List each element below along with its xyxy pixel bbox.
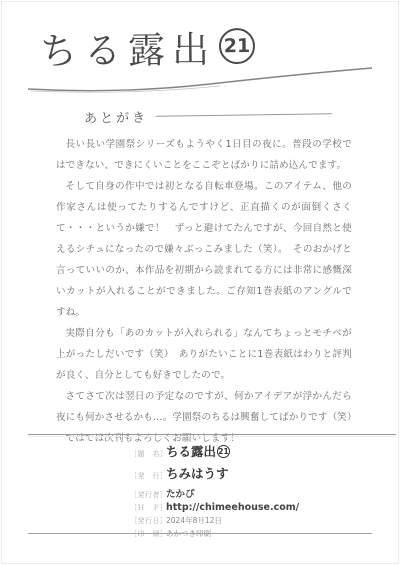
heading-rule [156, 113, 332, 116]
afterword-heading: あとがき [84, 104, 332, 126]
colophon-label: ［印 刷］ [130, 529, 166, 539]
colophon-label: ［発行者］ [130, 490, 166, 500]
colophon-value-title: ちる露出 21 [166, 442, 230, 460]
colophon-row-homepage: ［Ｈ Ｐ］ http://chimeehouse.com/ [130, 502, 299, 513]
colophon-value-date: 2024年8月12日 [166, 515, 222, 526]
colophon-label: ［Ｈ Ｐ］ [130, 503, 166, 513]
afterword-paragraph: そして自身の作中では初となる自転車登場。このアイテム、他の作家さんは使ってたりす… [56, 176, 352, 323]
afterword-paragraph: さてさて次は翌日の予定なのですが、何かアイデアが浮かんだら夜にも何かさせるかも…… [56, 386, 352, 428]
colophon-label: ［発 行］ [130, 471, 166, 481]
colophon-top-rule [28, 434, 396, 435]
colophon-title-text: ちる露出 [166, 442, 216, 460]
book-title-text: ちる露出 [40, 19, 217, 75]
afterword-paragraph: 長い長い学園祭シリーズもようやく1日目の夜に。普段の学校ではできない、できにくい… [56, 134, 352, 176]
colophon-row-date: ［発行日］ 2024年8月12日 [130, 515, 299, 526]
colophon-row-author: ［発行者］ たかぴ [130, 486, 299, 500]
circled-volume-number-small: 21 [217, 445, 230, 458]
colophon-value-circle: ちみはうす [166, 464, 229, 482]
afterword-body: 長い長い学園祭シリーズもようやく1日目の夜に。普段の学校ではできない、できにくい… [56, 134, 352, 449]
afterword-paragraph: 実際自分も「あのカットが入れられる」なんてちょっとモチベが上がったしだいです（笑… [56, 323, 352, 386]
colophon-bottom-rule [28, 533, 372, 534]
colophon: ［題 名］ ちる露出 21 ［発 行］ ちみはうす ［発行者］ たかぴ ［Ｈ Ｐ… [130, 442, 299, 541]
colophon-label: ［題 名］ [130, 449, 166, 459]
colophon-label: ［発行日］ [130, 516, 166, 526]
colophon-row-title: ［題 名］ ちる露出 21 [130, 442, 299, 460]
colophon-value-homepage-url: http://chimeehouse.com/ [166, 502, 299, 513]
book-title: ちる露出 21 [40, 19, 256, 75]
circled-volume-number: 21 [219, 28, 255, 64]
colophon-value-author: たかぴ [166, 486, 195, 500]
colophon-row-circle: ［発 行］ ちみはうす [130, 464, 299, 482]
afterword-heading-text: あとがき [84, 107, 148, 127]
